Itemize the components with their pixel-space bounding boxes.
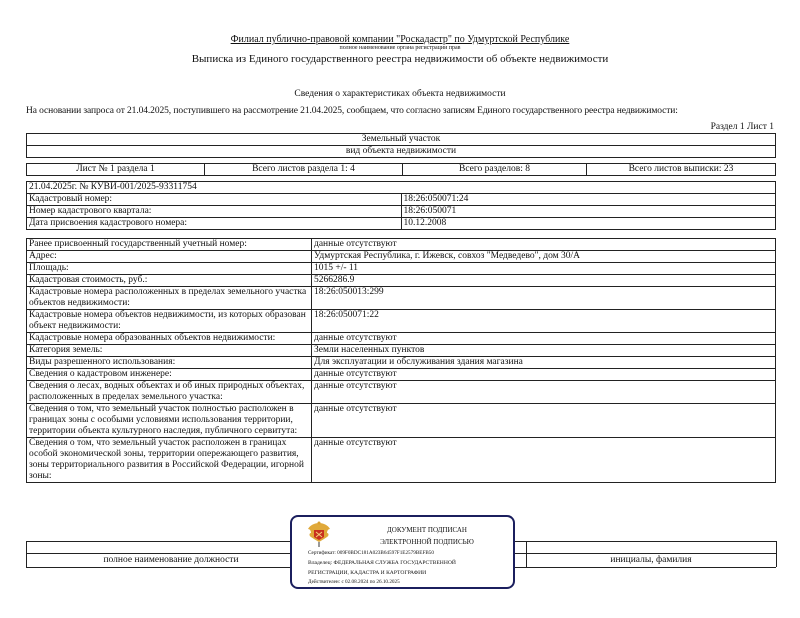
- row-value: 18:26:050071: [401, 206, 776, 218]
- row-value: данные отсутствуют: [312, 369, 776, 381]
- row-label: Площадь:: [27, 263, 312, 275]
- organization-caption: полное наименование органа регистрации п…: [30, 45, 770, 51]
- table-row: Номер кадастрового квартала:18:26:050071: [27, 206, 776, 218]
- row-value: 10.12.2008: [401, 218, 776, 230]
- table-row: Кадастровый номер:18:26:050071:24: [27, 194, 776, 206]
- row-label: Сведения о том, что земельный участок по…: [27, 404, 312, 438]
- section-sheet-count: Всего листов раздела 1: 4: [205, 164, 403, 176]
- row-label: Кадастровые номера образованных объектов…: [27, 333, 312, 345]
- row-value: данные отсутствуют: [312, 381, 776, 404]
- table-row: Дата присвоения кадастрового номера:10.1…: [27, 218, 776, 230]
- table-row: Ранее присвоенный государственный учетны…: [27, 239, 776, 251]
- row-value: Земли населенных пунктов: [312, 345, 776, 357]
- row-label: Сведения о кадастровом инженере:: [27, 369, 312, 381]
- extract-id: 21.04.2025г. № КУВИ-001/2025-93311754: [27, 182, 776, 194]
- stamp-certificate: Сертификат: 009F0BDC181A023B64597F1E2579…: [308, 550, 434, 556]
- stamp-owner: Владелец: ФЕДЕРАЛЬНАЯ СЛУЖБА ГОСУДАРСТВЕ…: [308, 560, 456, 566]
- stamp-owner-cont: РЕГИСТРАЦИИ, КАДАСТРА И КАРТОГРАФИИ: [308, 570, 426, 576]
- row-label: Кадастровый номер:: [27, 194, 402, 206]
- sheet-info-table: Лист № 1 раздела 1 Всего листов раздела …: [26, 163, 776, 176]
- characteristics-table: Ранее присвоенный государственный учетны…: [26, 238, 776, 483]
- extract-sheet-count: Всего листов выписки: 23: [587, 164, 776, 176]
- row-value: 5266286.9: [312, 275, 776, 287]
- organization-name: Филиал публично-правовой компании "Роска…: [30, 34, 770, 45]
- state-emblem-icon: [306, 520, 332, 548]
- request-intro: На основании запроса от 21.04.2025, пост…: [26, 106, 678, 116]
- row-value: 18:26:050013:299: [312, 287, 776, 310]
- row-label: Кадастровая стоимость, руб.:: [27, 275, 312, 287]
- footer-divider: [776, 541, 777, 567]
- section-subtitle: Сведения о характеристиках объекта недви…: [30, 89, 770, 99]
- row-label: Дата присвоения кадастрового номера:: [27, 218, 402, 230]
- table-row: Адрес:Удмуртская Республика, г. Ижевск, …: [27, 251, 776, 263]
- row-value: 18:26:050071:24: [401, 194, 776, 206]
- electronic-signature-stamp: ДОКУМЕНТ ПОДПИСАН ЭЛЕКТРОННОЙ ПОДПИСЬЮ С…: [290, 515, 515, 589]
- section-reference: Раздел 1 Лист 1: [711, 122, 774, 132]
- table-row: Кадастровые номера образованных объектов…: [27, 333, 776, 345]
- row-label: Категория земель:: [27, 345, 312, 357]
- stamp-validity: Действителен: с 02.08.2024 по 26.10.2025: [308, 579, 400, 585]
- row-label: Кадастровые номера объектов недвижимости…: [27, 310, 312, 333]
- document-title: Выписка из Единого государственного реес…: [30, 53, 770, 65]
- table-row: Сведения о кадастровом инженере:данные о…: [27, 369, 776, 381]
- row-value: данные отсутствуют: [312, 333, 776, 345]
- table-row: Сведения о том, что земельный участок ра…: [27, 438, 776, 483]
- row-label: Номер кадастрового квартала:: [27, 206, 402, 218]
- table-row: Виды разрешенного использования:Для эксп…: [27, 357, 776, 369]
- row-value: Удмуртская Республика, г. Ижевск, совхоз…: [312, 251, 776, 263]
- table-row: Сведения о лесах, водных объектах и об и…: [27, 381, 776, 404]
- row-value: 18:26:050071:22: [312, 310, 776, 333]
- name-caption: инициалы, фамилия: [526, 555, 776, 565]
- table-row: Площадь:1015 +/- 11: [27, 263, 776, 275]
- row-label: Сведения о том, что земельный участок ра…: [27, 438, 312, 483]
- table-row: Кадастровые номера расположенных в преде…: [27, 287, 776, 310]
- object-type: Земельный участок: [27, 134, 776, 146]
- section-count: Всего разделов: 8: [403, 164, 587, 176]
- stamp-title-line1: ДОКУМЕНТ ПОДПИСАН: [342, 526, 512, 534]
- cadastral-summary-table: 21.04.2025г. № КУВИ-001/2025-93311754 Ка…: [26, 181, 776, 230]
- row-label: Адрес:: [27, 251, 312, 263]
- row-value: данные отсутствуют: [312, 438, 776, 483]
- row-value: данные отсутствуют: [312, 404, 776, 438]
- table-row: Кадастровая стоимость, руб.:5266286.9: [27, 275, 776, 287]
- stamp-title-line2: ЭЛЕКТРОННОЙ ПОДПИСЬЮ: [342, 538, 512, 546]
- row-label: Кадастровые номера расположенных в преде…: [27, 287, 312, 310]
- row-label: Виды разрешенного использования:: [27, 357, 312, 369]
- object-type-caption: вид объекта недвижимости: [27, 146, 776, 158]
- table-row: Сведения о том, что земельный участок по…: [27, 404, 776, 438]
- object-type-table: Земельный участок вид объекта недвижимос…: [26, 133, 776, 158]
- row-label: Сведения о лесах, водных объектах и об и…: [27, 381, 312, 404]
- table-row: Кадастровые номера объектов недвижимости…: [27, 310, 776, 333]
- position-caption: полное наименование должности: [26, 555, 316, 565]
- row-value: данные отсутствуют: [312, 239, 776, 251]
- sheet-number: Лист № 1 раздела 1: [27, 164, 205, 176]
- row-value: 1015 +/- 11: [312, 263, 776, 275]
- row-value: Для эксплуатации и обслуживания здания м…: [312, 357, 776, 369]
- row-label: Ранее присвоенный государственный учетны…: [27, 239, 312, 251]
- table-row: Категория земель:Земли населенных пункто…: [27, 345, 776, 357]
